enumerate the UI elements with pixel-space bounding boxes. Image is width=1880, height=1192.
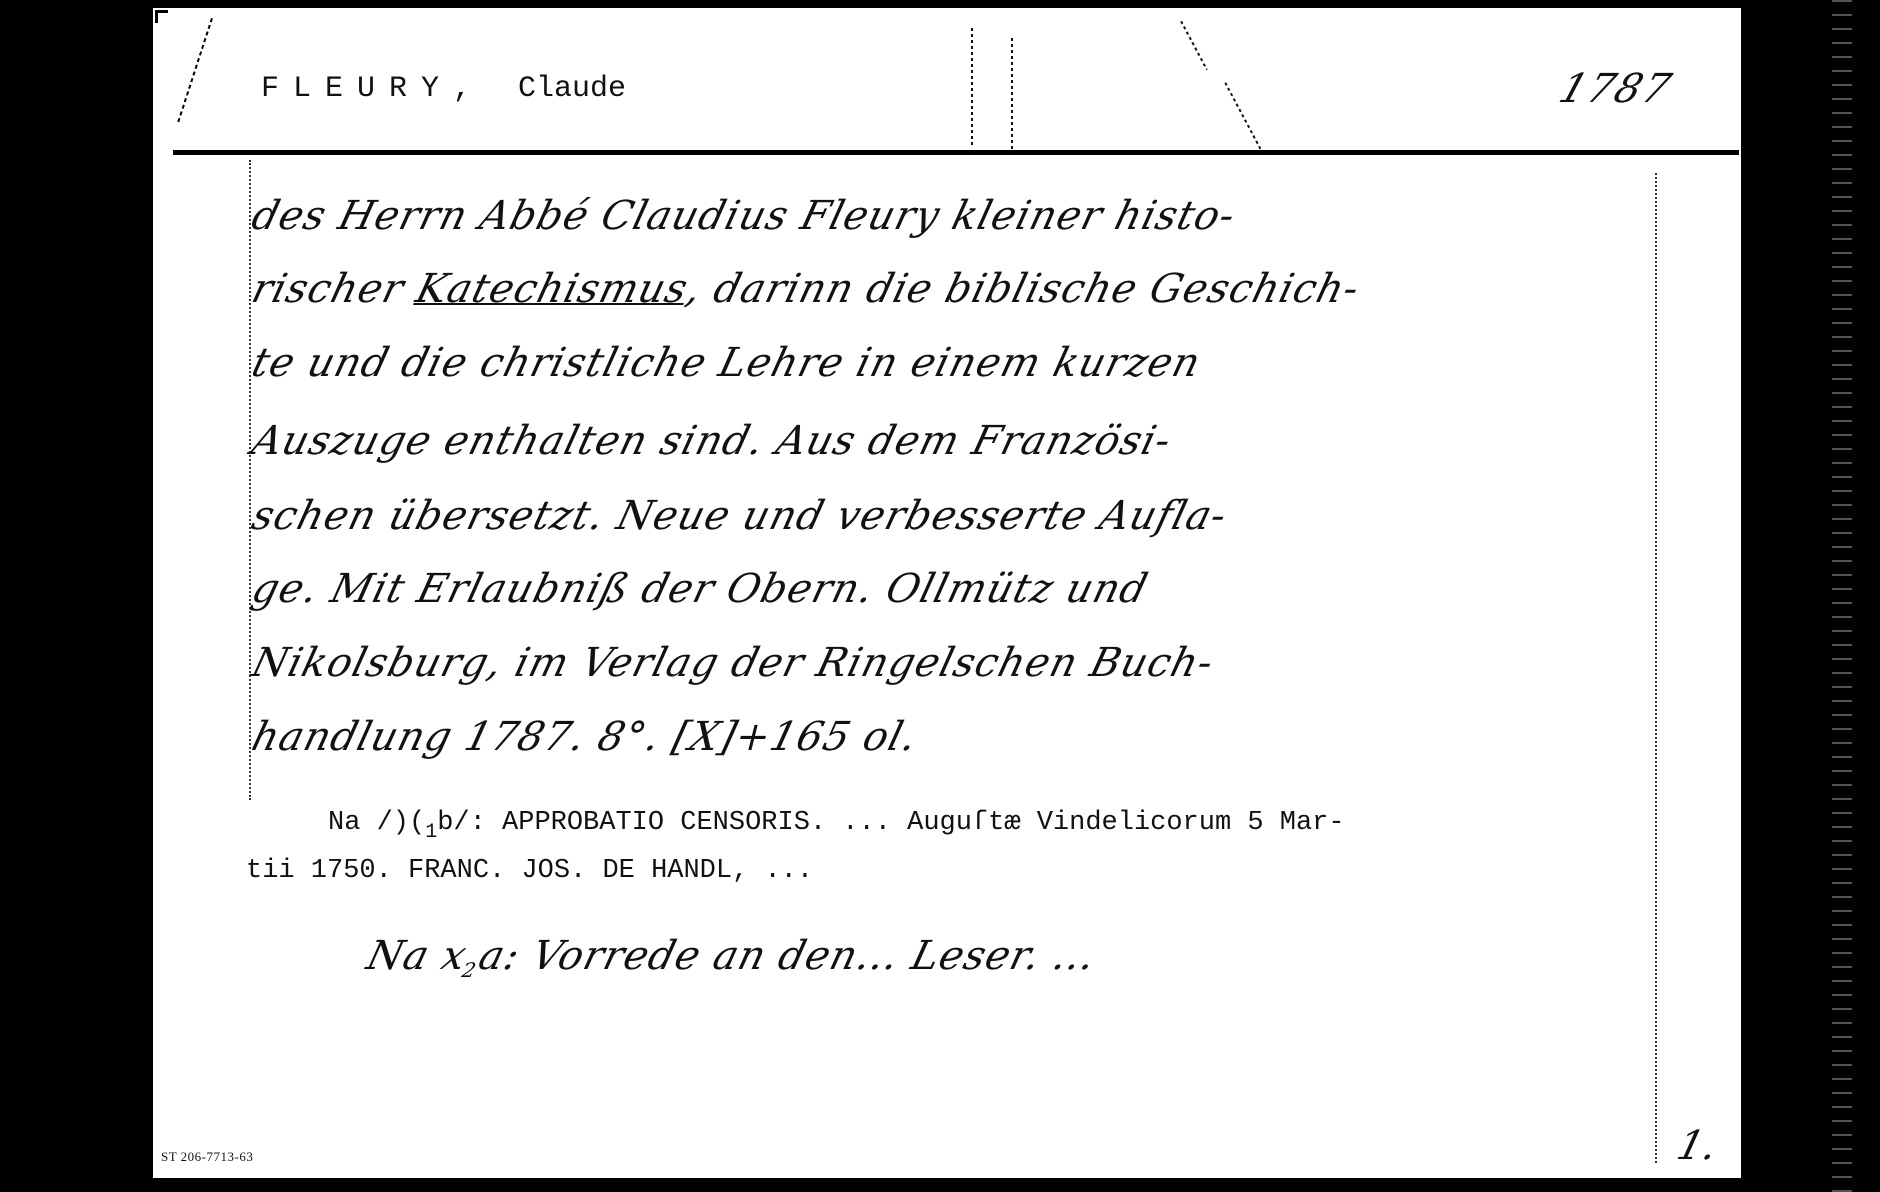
right-margin-line [1655,173,1657,1163]
header-divider [173,150,1739,155]
scanned-catalog-card-image: FLEURY, Claude 1787 des Herrn Abbé Claud… [0,0,1880,1192]
entry-line-2-text: rischer Katechismus, darinn die biblisch… [247,266,1364,312]
typed-note-line-2: tii 1750. FRANC. JOS. DE HANDL, ... [246,856,813,886]
typed-note-prefix: Na /)( [328,808,425,838]
left-margin-line [249,160,251,800]
scan-artifact [1224,82,1263,154]
card-corner-mark [155,10,168,23]
entry-line-1: des Herrn Abbé Claudius Fleury kleiner h… [247,193,1240,239]
typed-note-subscript: 1 [425,821,437,844]
underlined-title-word: Katechismus [411,266,693,312]
entry-line-6: ge. Mit Erlaubniß der Obern. Ollmütz und [247,566,1153,612]
entry-line-3: te und die christliche Lehre in einem ku… [247,340,1205,386]
handwritten-note-text: a: Vorrede an den... Leser. ... [474,933,1101,979]
page-number: 1. [1672,1123,1722,1169]
handwritten-note-prefix: Na [362,933,448,979]
typed-note-line-1: Na /)(1b/: APPROBATIO CENSORIS. ... Augu… [328,808,1345,838]
entry-line-8: handlung 1787. 8°. [X]+165 ol. [247,714,922,760]
entry-line-4: Auszuge enthalten sind. Aus dem Französi… [247,418,1176,464]
card-print-code: ST 206-7713-63 [161,1149,253,1165]
scanner-edge-strip [1832,0,1852,1192]
card-heading-year: 1787 [1554,66,1679,112]
scan-artifact [1011,38,1013,153]
typed-note-text: b/: APPROBATIO CENSORIS. ... Auguſtæ Vin… [437,808,1344,838]
card-heading-surname: FLEURY, [261,72,485,106]
handwritten-note: Na x2a: Vorrede an den... Leser. ... [362,933,1101,979]
catalog-card: FLEURY, Claude 1787 des Herrn Abbé Claud… [153,8,1741,1178]
scan-artifact [1180,21,1208,71]
pencil-slash-mark [177,18,213,123]
entry-line-7: Nikolsburg, im Verlag der Ringelschen Bu… [247,640,1218,686]
card-heading-given-name: Claude [518,72,626,106]
entry-line-2: rischer Katechismus, darinn die biblisch… [247,266,1364,312]
scan-artifact [971,28,973,148]
entry-line-5: schen übersetzt. Neue und verbesserte Au… [247,493,1232,539]
